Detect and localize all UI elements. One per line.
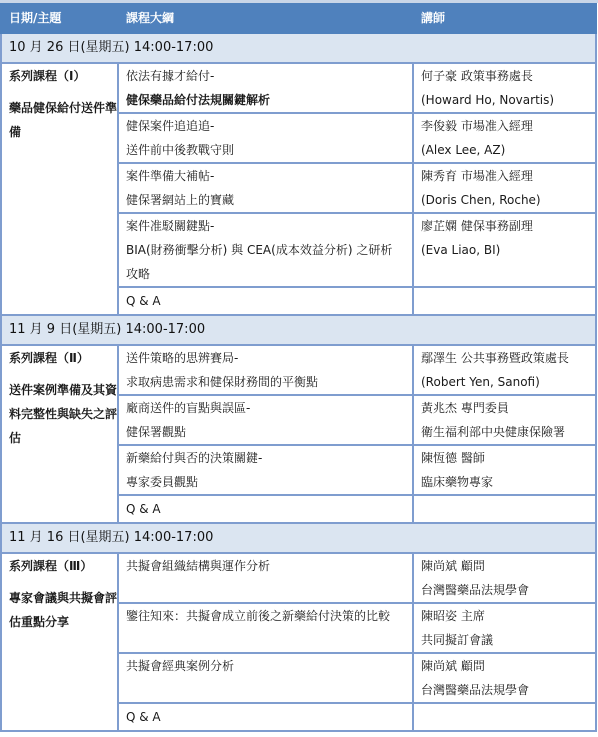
speaker-cell-empty — [413, 495, 596, 523]
table-row: 系列課程（Ⅱ） 送件案例準備及其資料完整性與缺失之評估 送件策略的思辨賽局- 求… — [1, 345, 596, 395]
outline-line: 健保署觀點 — [126, 420, 412, 444]
speaker-name: 陳尚斌 顧問 — [421, 554, 595, 578]
outline-line: 廠商送件的盲點與誤區- — [126, 396, 412, 420]
speaker-name: 何子豪 政策事務處長 — [421, 64, 595, 88]
series-label: 系列課程（Ⅱ） — [9, 346, 117, 370]
outline-line: 案件準備大補帖- — [126, 164, 412, 188]
speaker-cell: 陳昭姿 主席 共同擬訂會議 — [413, 603, 596, 653]
header-outline: 課程大綱 — [118, 4, 413, 33]
outline-line: 專家委員觀點 — [126, 470, 412, 494]
table-row: 系列課程（Ⅰ） 藥品健保給付送件準備 依法有據才給付- 健保藥品給付法規關鍵解析… — [1, 63, 596, 113]
speaker-cell-empty — [413, 287, 596, 315]
outline-cell: Q & A — [118, 703, 413, 731]
session-date: 11 月 9 日(星期五) 14:00-17:00 — [1, 315, 596, 345]
outline-line: 依法有據才給付- — [126, 64, 412, 88]
speaker-cell-empty — [413, 703, 596, 731]
outline-cell: 健保案件追追追- 送件前中後教戰守則 — [118, 113, 413, 163]
speaker-affiliation: 臨床藥物專家 — [421, 470, 595, 494]
table-row: 系列課程（Ⅲ） 專家會議與共擬會評估重點分享 共擬會組織結構與運作分析 陳尚斌 … — [1, 553, 596, 603]
outline-cell: 鑒往知來：共擬會成立前後之新藥給付決策的比較 — [118, 603, 413, 653]
speaker-affiliation: (Robert Yen, Sanofi) — [421, 370, 595, 394]
outline-cell: Q & A — [118, 287, 413, 315]
outline-cell: 依法有據才給付- 健保藥品給付法規關鍵解析 — [118, 63, 413, 113]
header-date-topic: 日期/主題 — [1, 4, 118, 33]
qa-label: Q & A — [126, 705, 412, 729]
speaker-affiliation: (Howard Ho, Novartis) — [421, 88, 595, 112]
speaker-cell: 陳尚斌 顧問 台灣醫藥品法規學會 — [413, 653, 596, 703]
speaker-affiliation: 共同擬訂會議 — [421, 628, 595, 652]
outline-line: 鑒往知來：共擬會成立前後之新藥給付決策的比較 — [126, 604, 412, 628]
outline-line: BIA(財務衝擊分析) 與 CEA(成本效益分析) 之研析 — [126, 238, 412, 262]
speaker-cell: 鄢澤生 公共事務暨政策處長 (Robert Yen, Sanofi) — [413, 345, 596, 395]
session-date-row: 11 月 9 日(星期五) 14:00-17:00 — [1, 315, 596, 345]
qa-label: Q & A — [126, 497, 412, 521]
speaker-name: 陳尚斌 顧問 — [421, 654, 595, 678]
outline-line: 共擬會經典案例分析 — [126, 654, 412, 678]
speaker-name: 鄢澤生 公共事務暨政策處長 — [421, 346, 595, 370]
speaker-affiliation: 衛生福利部中央健康保險署 — [421, 420, 595, 444]
speaker-affiliation: (Doris Chen, Roche) — [421, 188, 595, 212]
speaker-name: 陳恆德 醫師 — [421, 446, 595, 470]
outline-line: 攻略 — [126, 262, 412, 286]
header-speaker: 講師 — [413, 4, 596, 33]
table-header-row: 日期/主題 課程大綱 講師 — [1, 4, 596, 33]
speaker-name: 陳秀育 市場准入經理 — [421, 164, 595, 188]
speaker-name: 李俊毅 市場准入經理 — [421, 114, 595, 138]
qa-label: Q & A — [126, 289, 412, 313]
outline-cell: 共擬會經典案例分析 — [118, 653, 413, 703]
speaker-cell: 陳恆德 醫師 臨床藥物專家 — [413, 445, 596, 495]
speaker-cell: 廖芷嫻 健保事務副理 (Eva Liao, BI) — [413, 213, 596, 287]
speaker-cell: 李俊毅 市場准入經理 (Alex Lee, AZ) — [413, 113, 596, 163]
outline-cell: Q & A — [118, 495, 413, 523]
outline-cell: 新藥給付與否的決策關鍵- 專家委員觀點 — [118, 445, 413, 495]
outline-line: 送件前中後教戰守則 — [126, 138, 412, 162]
outline-line: 新藥給付與否的決策關鍵- — [126, 446, 412, 470]
topic-title: 藥品健保給付送件準備 — [9, 96, 117, 144]
speaker-name: 廖芷嫻 健保事務副理 — [421, 214, 595, 238]
outline-line: 案件准駁關鍵點- — [126, 214, 412, 238]
outline-cell: 送件策略的思辨賽局- 求取病患需求和健保財務間的平衡點 — [118, 345, 413, 395]
outline-cell: 案件準備大補帖- 健保署網站上的寶藏 — [118, 163, 413, 213]
outline-line: 健保案件追追追- — [126, 114, 412, 138]
series-label: 系列課程（Ⅰ） — [9, 64, 117, 88]
session-topic: 系列課程（Ⅱ） 送件案例準備及其資料完整性與缺失之評估 — [1, 345, 118, 523]
speaker-cell: 陳秀育 市場准入經理 (Doris Chen, Roche) — [413, 163, 596, 213]
outline-cell: 共擬會組織結構與運作分析 — [118, 553, 413, 603]
outline-line: 健保藥品給付法規關鍵解析 — [126, 88, 412, 112]
speaker-affiliation: (Eva Liao, BI) — [421, 238, 595, 262]
topic-title: 送件案例準備及其資料完整性與缺失之評估 — [9, 378, 117, 450]
session-topic: 系列課程（Ⅲ） 專家會議與共擬會評估重點分享 — [1, 553, 118, 731]
outline-line: 求取病患需求和健保財務間的平衡點 — [126, 370, 412, 394]
speaker-affiliation: (Alex Lee, AZ) — [421, 138, 595, 162]
series-label: 系列課程（Ⅲ） — [9, 554, 117, 578]
session-topic: 系列課程（Ⅰ） 藥品健保給付送件準備 — [1, 63, 118, 315]
course-schedule-table: 日期/主題 課程大綱 講師 10 月 26 日(星期五) 14:00-17:00… — [0, 3, 597, 732]
speaker-cell: 陳尚斌 顧問 台灣醫藥品法規學會 — [413, 553, 596, 603]
outline-line: 送件策略的思辨賽局- — [126, 346, 412, 370]
session-date-row: 11 月 16 日(星期五) 14:00-17:00 — [1, 523, 596, 553]
speaker-affiliation: 台灣醫藥品法規學會 — [421, 578, 595, 602]
outline-cell: 廠商送件的盲點與誤區- 健保署觀點 — [118, 395, 413, 445]
outline-line: 共擬會組織結構與運作分析 — [126, 554, 412, 578]
outline-cell: 案件准駁關鍵點- BIA(財務衝擊分析) 與 CEA(成本效益分析) 之研析 攻… — [118, 213, 413, 287]
topic-title: 專家會議與共擬會評估重點分享 — [9, 586, 117, 634]
speaker-affiliation: 台灣醫藥品法規學會 — [421, 678, 595, 702]
speaker-name: 陳昭姿 主席 — [421, 604, 595, 628]
session-date: 11 月 16 日(星期五) 14:00-17:00 — [1, 523, 596, 553]
speaker-cell: 何子豪 政策事務處長 (Howard Ho, Novartis) — [413, 63, 596, 113]
session-date: 10 月 26 日(星期五) 14:00-17:00 — [1, 33, 596, 63]
outline-line: 健保署網站上的寶藏 — [126, 188, 412, 212]
speaker-name: 黃兆杰 專門委員 — [421, 396, 595, 420]
speaker-cell: 黃兆杰 專門委員 衛生福利部中央健康保險署 — [413, 395, 596, 445]
session-date-row: 10 月 26 日(星期五) 14:00-17:00 — [1, 33, 596, 63]
